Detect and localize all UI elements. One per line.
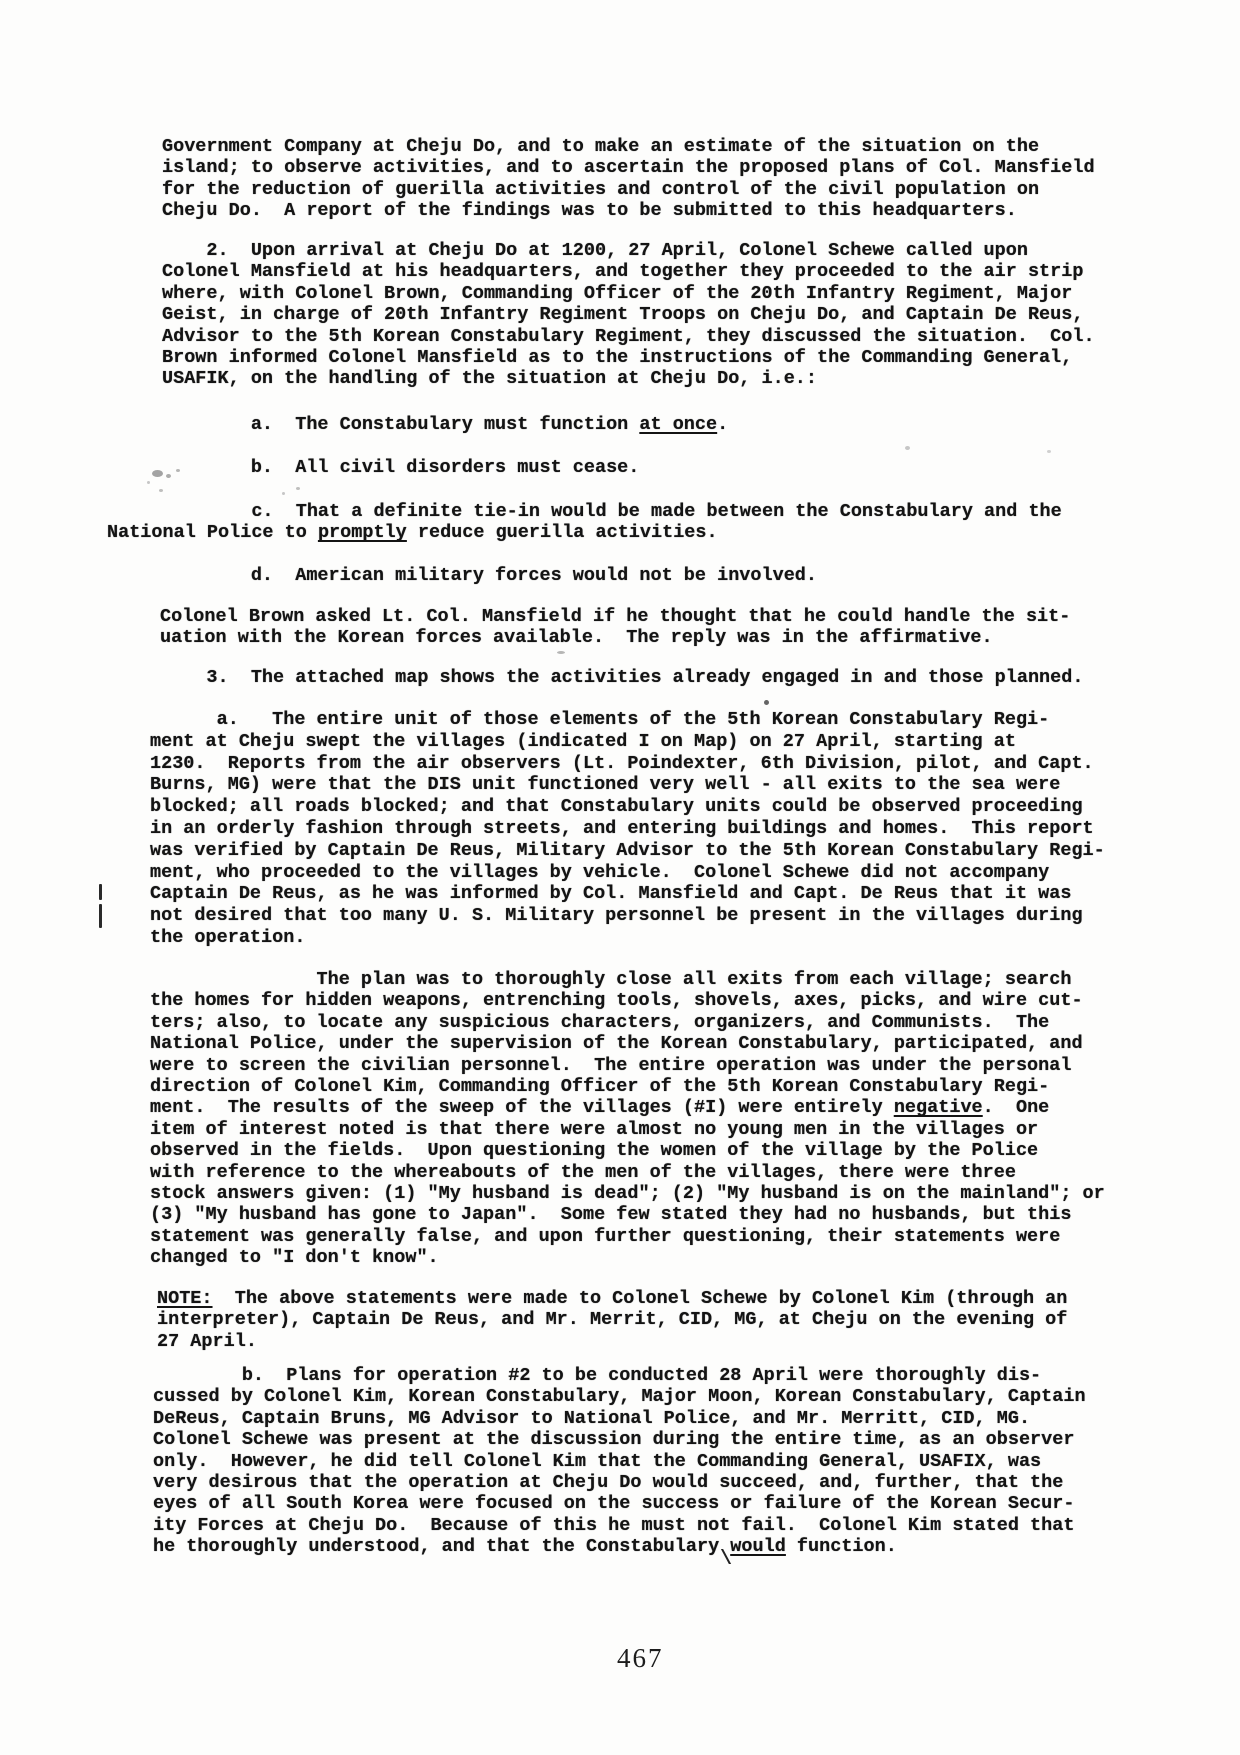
text-line: Burns, MG) were that the DIS unit functi… xyxy=(150,774,1105,796)
text-line: very desirous that the operation at Chej… xyxy=(153,1472,1086,1493)
text-line: he thoroughly understood, and that the C… xyxy=(153,1536,1086,1557)
paragraph-3b: b. Plans for operation #2 to be conducte… xyxy=(153,1365,1086,1558)
text-line: Cheju Do. A report of the findings was t… xyxy=(162,200,1095,221)
text-line: not desired that too many U. S. Military… xyxy=(150,905,1105,927)
text-line: the operation. xyxy=(150,927,1105,949)
text-line: USAFIK, on the handling of the situation… xyxy=(162,368,1095,389)
text-line: Colonel Mansfield at his headquarters, a… xyxy=(162,261,1095,282)
paragraph-2: 2. Upon arrival at Cheju Do at 1200, 27 … xyxy=(162,240,1095,390)
text-line: with reference to the whereabouts of the… xyxy=(150,1162,1105,1183)
text-line: ment, who proceeded to the villages by v… xyxy=(150,862,1105,884)
text-line: ity Forces at Cheju Do. Because of this … xyxy=(153,1515,1086,1536)
paragraph-plan: The plan was to thoroughly close all exi… xyxy=(150,969,1105,1269)
item-a: a. The Constabulary must function at onc… xyxy=(162,414,728,435)
text-line: blocked; all roads blocked; and that Con… xyxy=(150,796,1105,818)
text-line: uation with the Korean forces available.… xyxy=(160,627,1070,648)
text-line: stock answers given: (1) "My husband is … xyxy=(150,1183,1105,1204)
document-page: Government Company at Cheju Do, and to m… xyxy=(0,0,1240,1755)
text-line: Geist, in charge of 20th Infantry Regime… xyxy=(162,304,1095,325)
text-line: Government Company at Cheju Do, and to m… xyxy=(162,136,1095,157)
text-line: 1230. Reports from the air observers (Lt… xyxy=(150,753,1105,775)
text-line: interpreter), Captain De Reus, and Mr. M… xyxy=(157,1309,1067,1330)
text-line: ment. The results of the sweep of the vi… xyxy=(150,1097,1105,1118)
page-number: 467 xyxy=(617,1643,664,1674)
text-line: cussed by Colonel Kim, Korean Constabula… xyxy=(153,1386,1086,1407)
text-line: Colonel Brown asked Lt. Col. Mansfield i… xyxy=(160,606,1070,627)
ink-smudge xyxy=(166,474,171,478)
text-line: in an orderly fashion through streets, a… xyxy=(150,818,1105,840)
ink-smudge xyxy=(296,487,300,490)
text-line: b. All civil disorders must cease. xyxy=(162,457,639,478)
text-line: only. However, he did tell Colonel Kim t… xyxy=(153,1451,1086,1472)
text-line: the homes for hidden weapons, entrenchin… xyxy=(150,990,1105,1011)
text-line: a. The Constabulary must function at onc… xyxy=(162,414,728,435)
paragraph-1: Government Company at Cheju Do, and to m… xyxy=(162,136,1095,222)
text-line: c. That a definite tie-in would be made … xyxy=(107,501,1062,522)
text-line: Captain De Reus, as he was informed by C… xyxy=(150,883,1105,905)
ink-smudge xyxy=(1047,450,1051,453)
text-line: Brown informed Colonel Mansfield as to t… xyxy=(162,347,1095,368)
text-line: National Police, under the supervision o… xyxy=(150,1033,1105,1054)
margin-mark xyxy=(99,884,102,900)
margin-mark xyxy=(99,904,102,928)
text-line: 27 April. xyxy=(157,1331,1067,1352)
ink-smudge xyxy=(159,489,163,492)
ink-smudge xyxy=(557,651,565,654)
paragraph-3: 3. The attached map shows the activities… xyxy=(162,667,1083,688)
ink-smudge xyxy=(176,469,180,472)
text-line: eyes of all South Korea were focused on … xyxy=(153,1493,1086,1514)
ink-smudge xyxy=(282,492,285,495)
text-line: NOTE: The above statements were made to … xyxy=(157,1288,1067,1309)
text-line: where, with Colonel Brown, Commanding Of… xyxy=(162,283,1095,304)
text-line: Advisor to the 5th Korean Constabulary R… xyxy=(162,326,1095,347)
text-line: ment at Cheju swept the villages (indica… xyxy=(150,731,1105,753)
text-line: (3) "My husband has gone to Japan". Some… xyxy=(150,1204,1105,1225)
text-line: The plan was to thoroughly close all exi… xyxy=(150,969,1105,990)
text-line: item of interest noted is that there wer… xyxy=(150,1119,1105,1140)
text-line: National Police to promptly reduce gueri… xyxy=(107,522,1062,543)
ink-smudge xyxy=(905,446,910,450)
text-line: DeReus, Captain Bruns, MG Advisor to Nat… xyxy=(153,1408,1086,1429)
text-line: observed in the fields. Upon questioning… xyxy=(150,1140,1105,1161)
ink-smudge xyxy=(147,481,150,484)
backslash-mark: \ xyxy=(720,1548,732,1571)
text-line: island; to observe activities, and to as… xyxy=(162,157,1095,178)
text-line: statement was generally false, and upon … xyxy=(150,1226,1105,1247)
text-line: was verified by Captain De Reus, Militar… xyxy=(150,840,1105,862)
text-line: 3. The attached map shows the activities… xyxy=(162,667,1083,688)
ink-smudge xyxy=(152,470,163,477)
item-b: b. All civil disorders must cease. xyxy=(162,457,639,478)
text-line: for the reduction of guerilla activities… xyxy=(162,179,1095,200)
text-line: d. American military forces would not be… xyxy=(162,565,817,586)
paragraph-brown: Colonel Brown asked Lt. Col. Mansfield i… xyxy=(160,606,1070,649)
item-d: d. American military forces would not be… xyxy=(162,565,817,586)
text-line: b. Plans for operation #2 to be conducte… xyxy=(153,1365,1086,1386)
stray-dot xyxy=(764,700,769,705)
item-c: c. That a definite tie-in would be made … xyxy=(107,501,1062,544)
text-line: a. The entire unit of those elements of … xyxy=(150,709,1105,731)
text-line: ters; also, to locate any suspicious cha… xyxy=(150,1012,1105,1033)
text-line: were to screen the civilian personnel. T… xyxy=(150,1055,1105,1076)
text-line: 2. Upon arrival at Cheju Do at 1200, 27 … xyxy=(162,240,1095,261)
text-line: Colonel Schewe was present at the discus… xyxy=(153,1429,1086,1450)
paragraph-3a: a. The entire unit of those elements of … xyxy=(150,709,1105,949)
paragraph-note: NOTE: The above statements were made to … xyxy=(157,1288,1067,1352)
text-line: direction of Colonel Kim, Commanding Off… xyxy=(150,1076,1105,1097)
text-line: changed to "I don't know". xyxy=(150,1247,1105,1268)
